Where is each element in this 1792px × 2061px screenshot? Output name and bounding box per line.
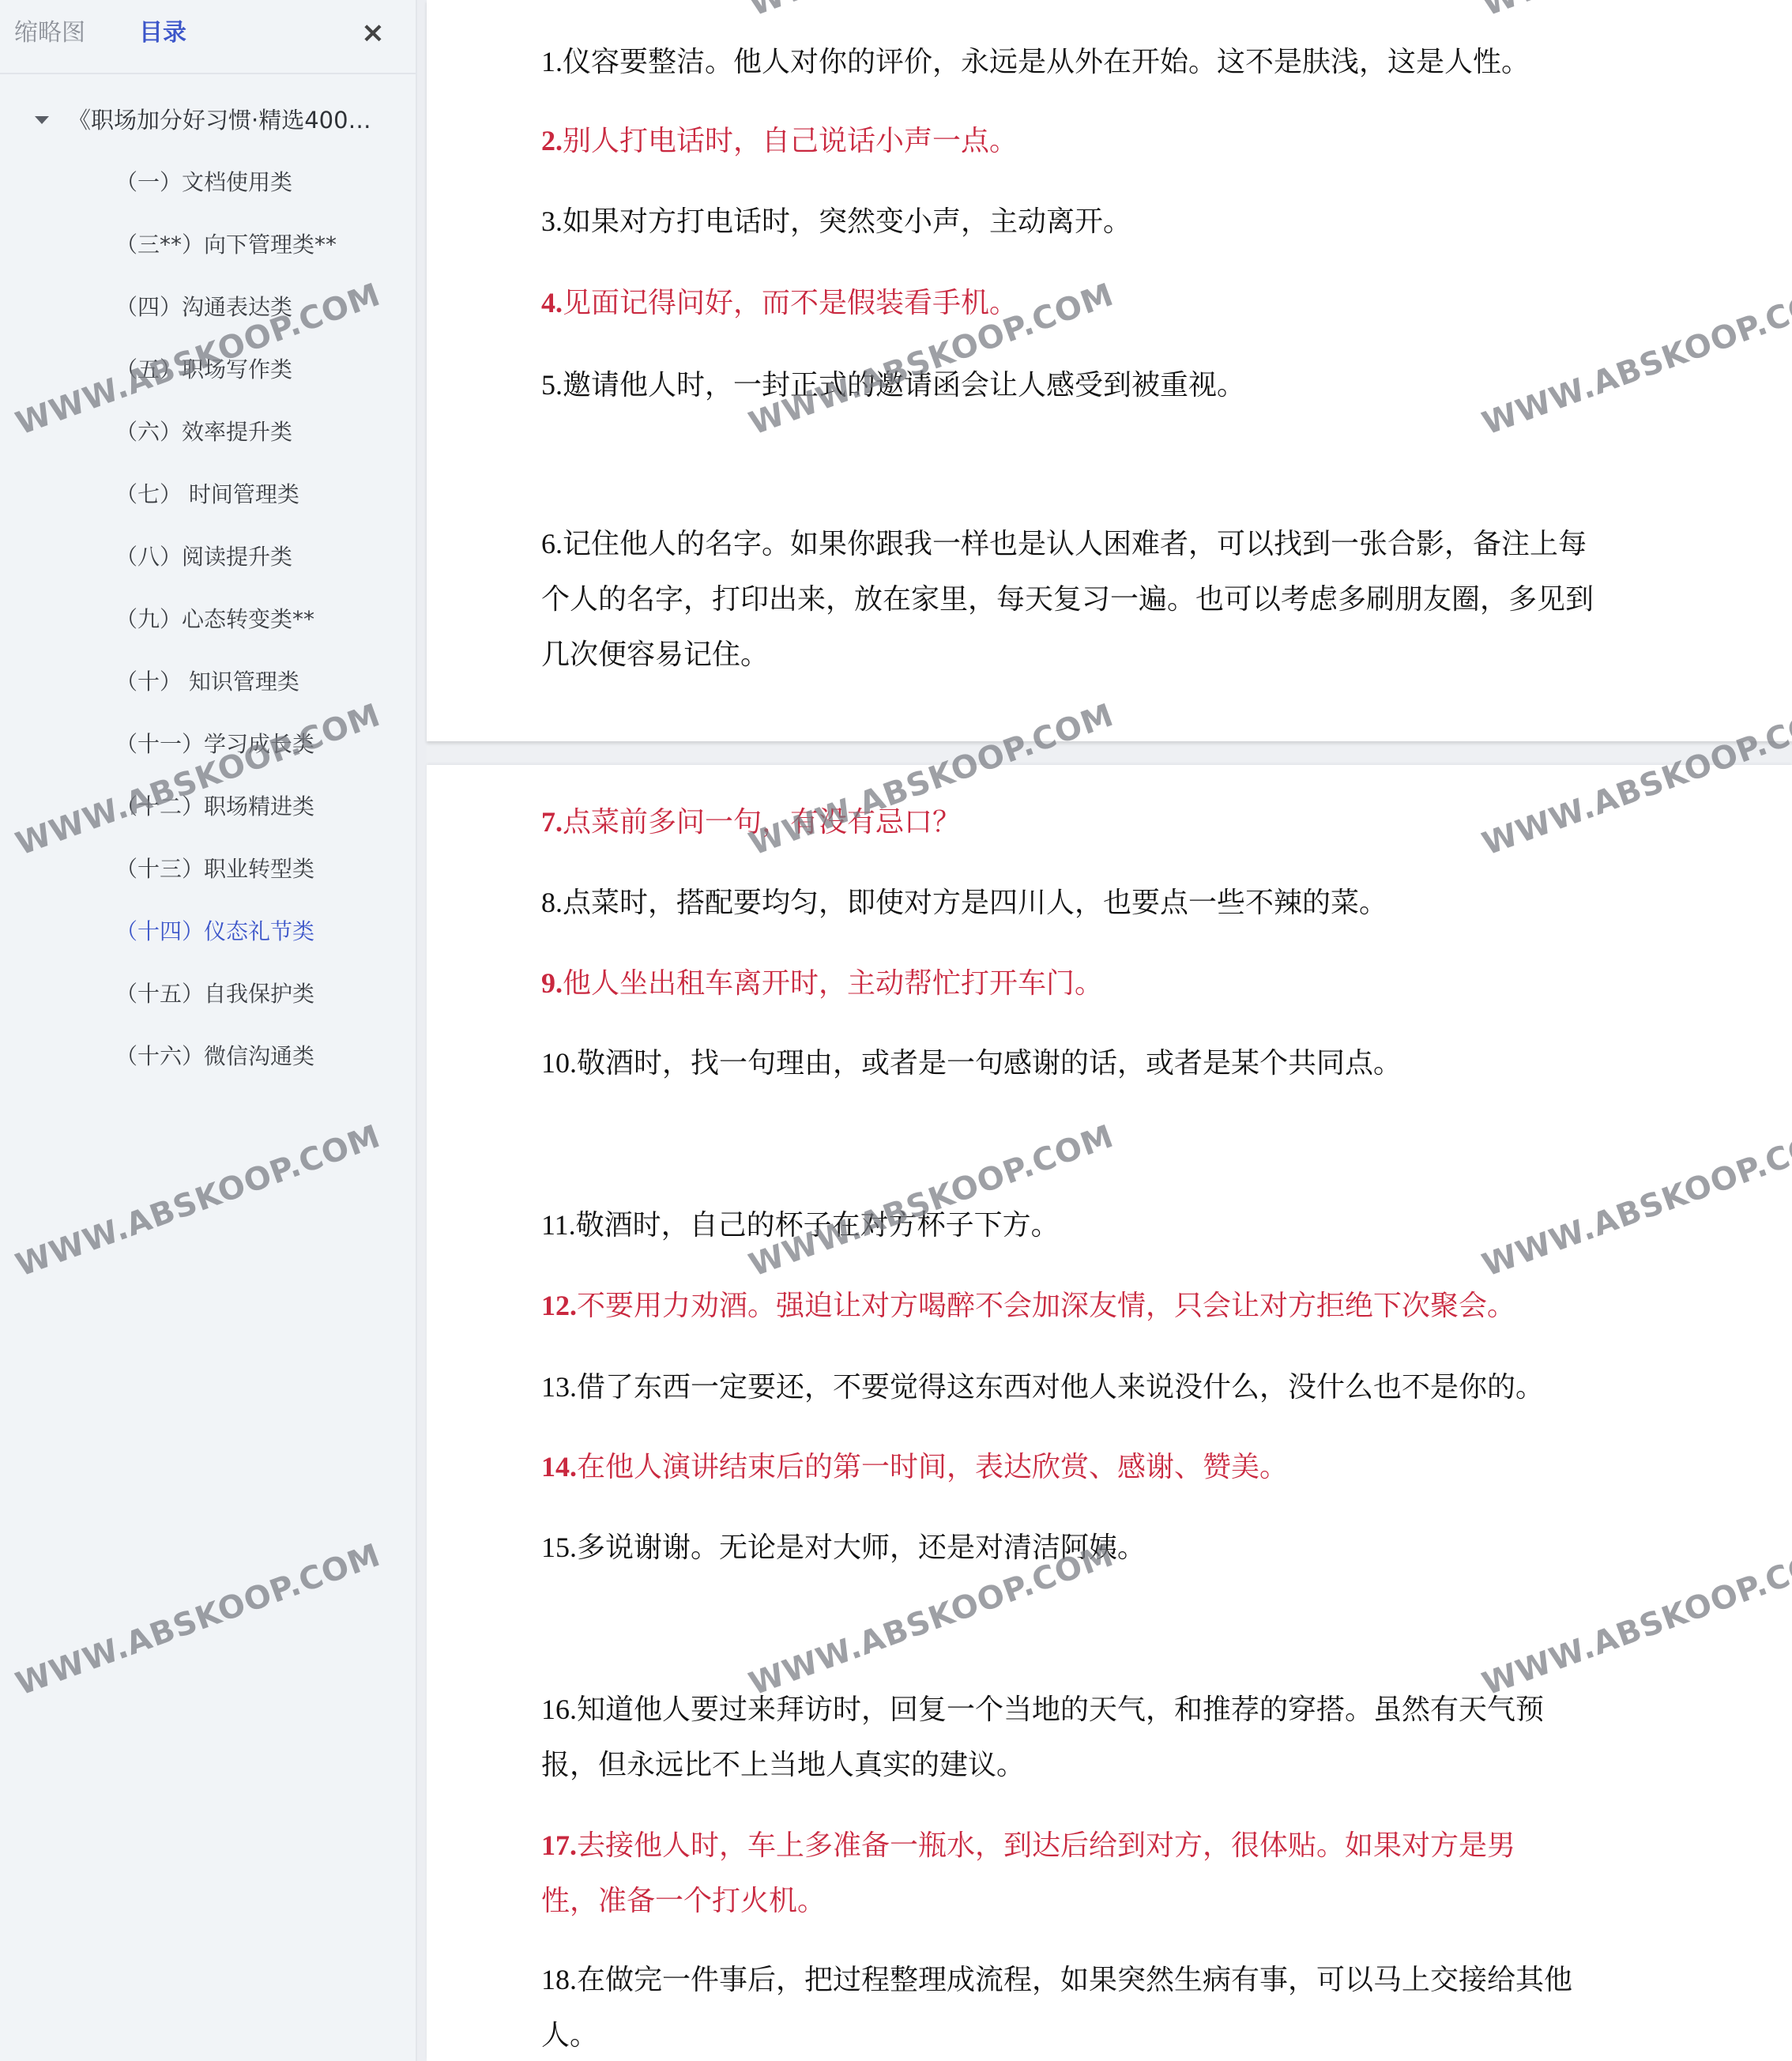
outline-item[interactable]: （一）文档使用类 (115, 165, 292, 200)
paragraph-line-highlight: 9.他人坐出租车离开时，主动帮忙打开车门。 (541, 963, 1103, 1004)
paragraph-line: 8.点菜时，搭配要均匀，即使对方是四川人，也要点一些不辣的菜。 (541, 883, 1387, 923)
paragraph-line-highlight: 14.在他人演讲结束后的第一时间，表达欣赏、感谢、赞美。 (541, 1447, 1288, 1487)
paragraph-line-highlight: 2.别人打电话时，自己说话小声一点。 (541, 121, 1018, 161)
paragraph-line: 报，但永远比不上当地人真实的建议。 (541, 1745, 1025, 1785)
outline-item[interactable]: （四）沟通表达类 (115, 290, 292, 325)
outline-item[interactable]: （六）效率提升类 (115, 415, 292, 450)
paragraph-line: 15.多说谢谢。无论是对大师，还是对清洁阿姨。 (541, 1528, 1146, 1568)
outline-item-active[interactable]: （十四）仪态礼节类 (115, 914, 314, 949)
outline-item[interactable]: （三**）向下管理类** (115, 228, 337, 262)
outline-item[interactable]: （十三）职业转型类 (115, 852, 314, 887)
paragraph-line: 3.如果对方打电话时，突然变小声，主动离开。 (541, 202, 1131, 242)
paragraph-line: 个人的名字，打印出来，放在家里，每天复习一遍。也可以考虑多刷朋友圈，多见到 (541, 579, 1594, 620)
paragraph-line: 5.邀请他人时，一封正式的邀请函会让人感受到被重视。 (541, 365, 1245, 405)
outline-item[interactable]: （九）心态转变类** (115, 602, 314, 637)
outline-root-label: 《职场加分好习惯·精选400… (68, 104, 371, 136)
sidebar-header: 缩略图 目录 × (0, 0, 416, 74)
outline-item[interactable]: （十） 知识管理类 (115, 665, 299, 699)
outline-item[interactable]: （十一）学习成长类 (115, 727, 314, 762)
caret-down-icon[interactable] (35, 116, 49, 124)
outline-item[interactable]: （十五）自我保护类 (115, 977, 314, 1012)
paragraph-line: 6.记住他人的名字。如果你跟我一样也是认人困难者，可以找到一张合影，备注上每 (541, 524, 1587, 564)
paragraph-line-highlight: 7.点菜前多问一句，有没有忌口？ (541, 802, 961, 842)
paragraph-line: 几次便容易记住。 (541, 635, 769, 675)
paragraph-line: 18.在做完一件事后，把过程整理成流程，如果突然生病有事，可以马上交接给其他 (541, 1960, 1572, 2000)
tab-outline[interactable]: 目录 (139, 17, 186, 49)
paragraph-line: 16.知道他人要过来拜访时，回复一个当地的天气，和推荐的穿搭。虽然有天气预 (541, 1690, 1544, 1730)
outline-item[interactable]: （十二）职场精进类 (115, 789, 314, 824)
document-page-2 (427, 765, 1792, 2061)
outline-item[interactable]: （十六）微信沟通类 (115, 1039, 314, 1074)
outline-item[interactable]: （七） 时间管理类 (115, 477, 299, 512)
outline-sidebar: 缩略图 目录 × 《职场加分好习惯·精选400… （一）文档使用类 （三**）向… (0, 0, 417, 2061)
paragraph-line: 13.借了东西一定要还，不要觉得这东西对他人来说没什么，没什么也不是你的。 (541, 1367, 1544, 1407)
paragraph-line-highlight: 17.去接他人时，车上多准备一瓶水，到达后给到对方，很体贴。如果对方是男 (541, 1826, 1515, 1866)
outline-item[interactable]: （五）职场写作类 (115, 352, 292, 387)
paragraph-line-highlight: 12.不要用力劝酒。强迫让对方喝醉不会加深友情，只会让对方拒绝下次聚会。 (541, 1286, 1515, 1326)
paragraph-line: 1.仪容要整洁。他人对你的评价，永远是从外在开始。这不是肤浅，这是人性。 (541, 42, 1530, 82)
tab-thumbnails[interactable]: 缩略图 (14, 17, 85, 49)
close-icon[interactable]: × (357, 16, 389, 51)
outline-root-item[interactable]: 《职场加分好习惯·精选400… (0, 101, 416, 139)
paragraph-line: 11.敬酒时，自己的杯子在对方杯子下方。 (541, 1205, 1060, 1245)
paragraph-line: 人。 (541, 2015, 598, 2055)
paragraph-line-highlight: 4.见面记得问好，而不是假装看手机。 (541, 283, 1018, 323)
sidebar-resize-handle[interactable] (417, 0, 427, 2061)
outline-item[interactable]: （八）阅读提升类 (115, 540, 292, 575)
paragraph-line: 10.敬酒时，找一句理由，或者是一句感谢的话，或者是某个共同点。 (541, 1043, 1402, 1083)
paragraph-line-highlight: 性，准备一个打火机。 (541, 1881, 826, 1921)
